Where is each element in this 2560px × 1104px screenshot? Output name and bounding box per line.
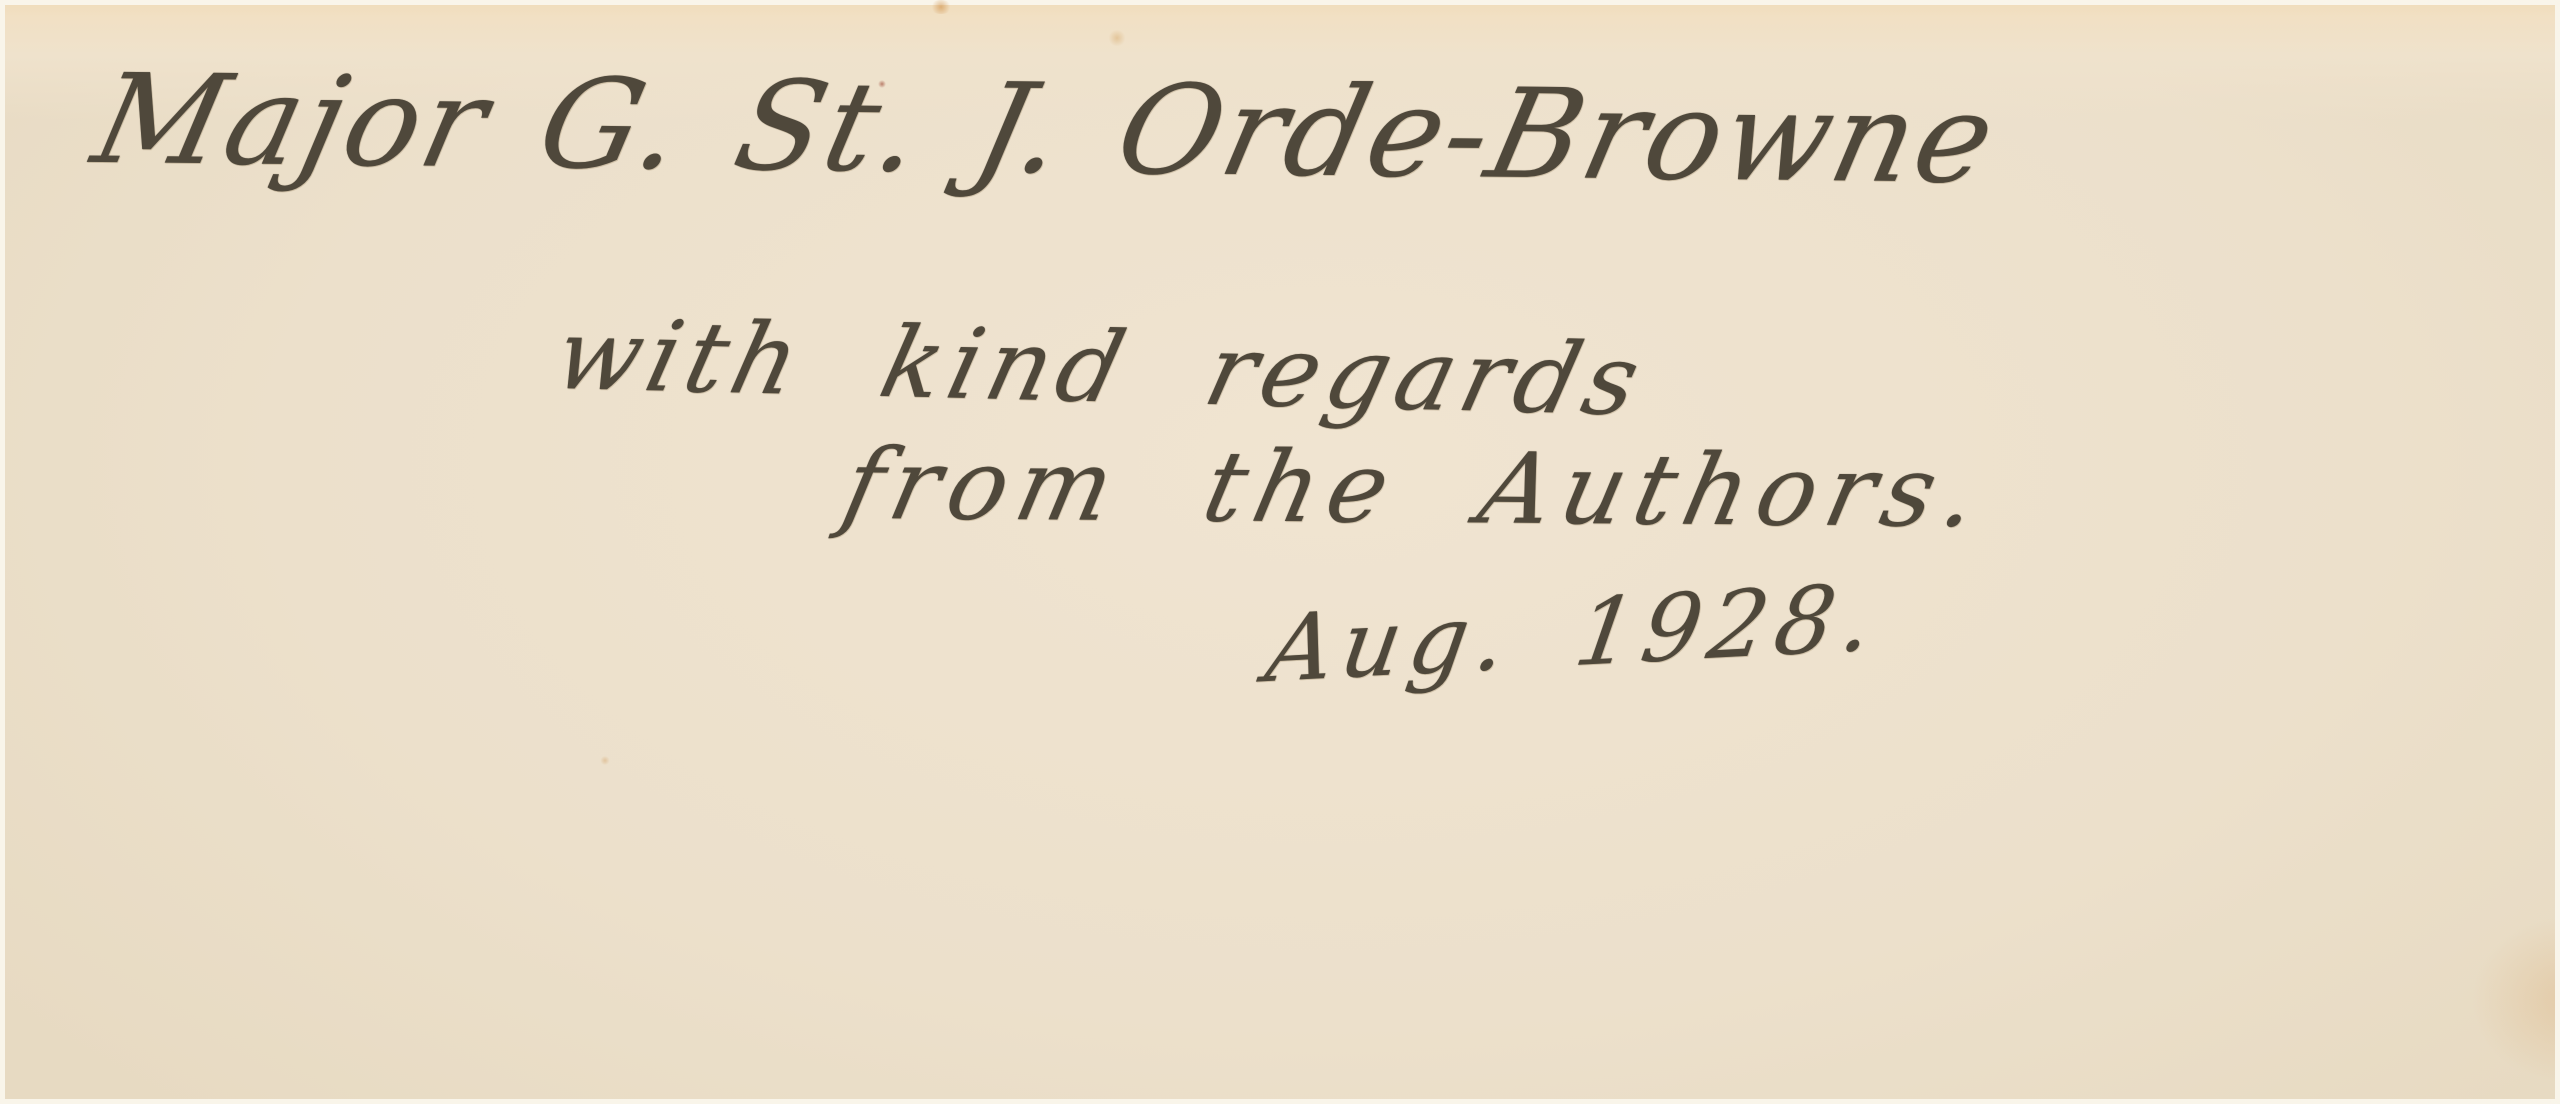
foxing-spot bbox=[600, 756, 610, 765]
inscription-line-sender: from the Authors. bbox=[833, 428, 1998, 550]
foxing-spot bbox=[930, 0, 952, 14]
inscription-line-recipient: Major G. St. J. Orde-Browne bbox=[82, 48, 2010, 212]
inscription-line-date: Aug. 1928. bbox=[1259, 563, 1888, 703]
inscription-page: Major G. St. J. Orde-Browne with kind re… bbox=[0, 0, 2560, 1104]
foxing-spot bbox=[1108, 30, 1126, 46]
inscription-line-greeting: with kind regards bbox=[544, 298, 1656, 438]
